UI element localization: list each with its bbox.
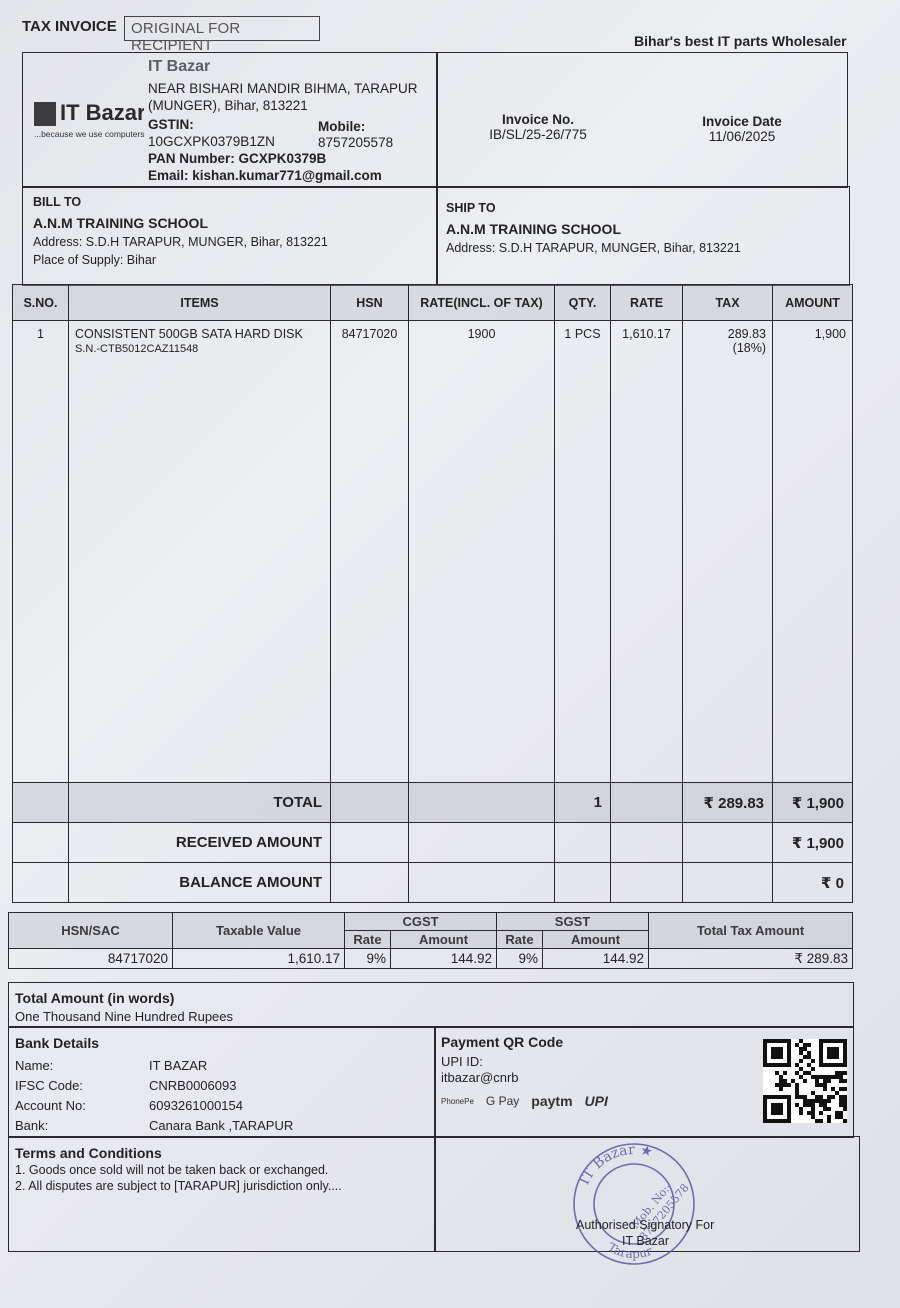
item-serial: S.N.-CTB5012CAZ11548 [75, 343, 324, 355]
seller-tagline: Bihar's best IT parts Wholesaler [634, 33, 847, 49]
cell-rate: 1,610.17 [611, 321, 683, 783]
tax-percent: (18%) [689, 341, 766, 355]
bank-value: Canara Bank ,TARAPUR [149, 1118, 293, 1133]
bank-key: Account No: [15, 1098, 149, 1113]
hsn-sac-header: HSN/SAC [9, 913, 173, 949]
tax-value: 289.83 [689, 327, 766, 341]
payment-block: Payment QR Code UPI ID: itbazar@cnrb Pho… [434, 1026, 854, 1138]
balance-row: BALANCE AMOUNT ₹ 0 [13, 863, 853, 903]
total-tax-header: Total Tax Amount [649, 913, 853, 949]
logo-text: IT Bazar [60, 100, 144, 126]
bank-key: IFSC Code: [15, 1078, 149, 1093]
total-amount: ₹ 1,900 [773, 783, 853, 823]
item-name: CONSISTENT 500GB SATA HARD DISK [75, 327, 324, 341]
bank-row-ifsc: IFSC Code: CNRB0006093 [15, 1075, 429, 1095]
total-tax-amount: ₹ 289.83 [649, 949, 853, 969]
sgst-amount: 144.92 [543, 949, 649, 969]
cgst-rate: 9% [345, 949, 391, 969]
balance-label: BALANCE AMOUNT [69, 863, 331, 903]
ship-to-name: A.N.M TRAINING SCHOOL [446, 221, 840, 237]
bank-key: Bank: [15, 1118, 149, 1133]
col-qty: QTY. [555, 285, 611, 321]
taxable-value-header: Taxable Value [173, 913, 345, 949]
sgst-header: SGST [497, 913, 649, 931]
received-amount: ₹ 1,900 [773, 823, 853, 863]
invoice-number: Invoice No. IB/SL/25-26/775 [468, 112, 608, 142]
col-rate: RATE [611, 285, 683, 321]
invoice-number-label: Invoice No. [468, 112, 608, 127]
invoice-number-value: IB/SL/25-26/775 [468, 127, 608, 142]
gstin-label: GSTIN: [148, 117, 194, 132]
bank-details-block: Bank Details Name: IT BAZAR IFSC Code: C… [8, 1026, 436, 1138]
sgst-rate: 9% [497, 949, 543, 969]
mobile-value: 8757205578 [318, 135, 393, 150]
copy-label-badge: ORIGINAL FOR RECIPIENT [124, 16, 320, 41]
seller-name: IT Bazar [148, 58, 210, 76]
balance-amount: ₹ 0 [773, 863, 853, 903]
cell-sno: 1 [13, 321, 69, 783]
total-label: TOTAL [69, 783, 331, 823]
qr-code-icon[interactable] [763, 1039, 847, 1123]
col-hsn: HSN [331, 285, 409, 321]
document-type-title: TAX INVOICE [22, 18, 117, 35]
cgst-amount: 144.92 [391, 949, 497, 969]
taxable-value: 1,610.17 [173, 949, 345, 969]
received-label: RECEIVED AMOUNT [69, 823, 331, 863]
ship-to-label: SHIP TO [446, 201, 840, 215]
cell-tax: 289.83 (18%) [683, 321, 773, 783]
logo-square-icon [34, 102, 56, 126]
term-line: 2. All disputes are subject to [TARAPUR]… [15, 1179, 429, 1193]
place-of-supply: Place of Supply: Bihar [33, 253, 427, 267]
bill-to-name: A.N.M TRAINING SCHOOL [33, 215, 427, 231]
invoice-date-label: Invoice Date [672, 114, 812, 129]
bank-value: CNRB0006093 [149, 1078, 236, 1093]
bank-row-bank: Bank: Canara Bank ,TARAPUR [15, 1115, 429, 1135]
authorised-signatory-label: Authorised Signatory For [576, 1218, 714, 1232]
upi-icon: UPI [585, 1093, 608, 1109]
logo-tagline: ...because we use computers [34, 129, 144, 139]
cell-hsn: 84717020 [331, 321, 409, 783]
cgst-amount-header: Amount [391, 931, 497, 949]
bill-to-block: BILL TO A.N.M TRAINING SCHOOL Address: S… [22, 186, 438, 286]
paytm-icon: paytm [531, 1093, 572, 1109]
received-row: RECEIVED AMOUNT ₹ 1,900 [13, 823, 853, 863]
bank-value: 6093261000154 [149, 1098, 243, 1113]
ship-to-address: Address: S.D.H TARAPUR, MUNGER, Bihar, 8… [446, 241, 840, 255]
seller-address-line1: NEAR BISHARI MANDIR BIHMA, TARAPUR [148, 81, 418, 96]
ship-to-block: SHIP TO A.N.M TRAINING SCHOOL Address: S… [436, 186, 850, 286]
sgst-rate-header: Rate [497, 931, 543, 949]
term-line: 1. Goods once sold will not be taken bac… [15, 1163, 429, 1177]
invoice-date: Invoice Date 11/06/2025 [672, 114, 812, 144]
col-rate-incl-tax: RATE(INCL. OF TAX) [409, 285, 555, 321]
seller-address-line2: (MUNGER), Bihar, 813221 [148, 98, 308, 113]
items-table: S.NO. ITEMS HSN RATE(INCL. OF TAX) QTY. … [12, 284, 853, 903]
cell-rate-incl-tax: 1900 [409, 321, 555, 783]
total-tax: ₹ 289.83 [683, 783, 773, 823]
items-header-row: S.NO. ITEMS HSN RATE(INCL. OF TAX) QTY. … [13, 285, 853, 321]
signatory-company: IT Bazar [622, 1234, 669, 1248]
bill-to-label: BILL TO [33, 195, 427, 209]
terms-title: Terms and Conditions [15, 1145, 429, 1161]
cell-qty: 1 PCS [555, 321, 611, 783]
col-amount: AMOUNT [773, 285, 853, 321]
bank-row-name: Name: IT BAZAR [15, 1055, 429, 1075]
table-row: 1 CONSISTENT 500GB SATA HARD DISK S.N.-C… [13, 321, 853, 783]
bank-row-account: Account No: 6093261000154 [15, 1095, 429, 1115]
gpay-icon: G Pay [486, 1094, 519, 1108]
hsn-code: 84717020 [9, 949, 173, 969]
amount-in-words-block: Total Amount (in words) One Thousand Nin… [8, 982, 854, 1028]
hsn-summary-table: HSN/SAC Taxable Value CGST SGST Total Ta… [8, 912, 853, 969]
pan-number: PAN Number: GCXPK0379B [148, 151, 326, 166]
col-tax: TAX [683, 285, 773, 321]
bank-key: Name: [15, 1058, 149, 1073]
total-row: TOTAL 1 ₹ 289.83 ₹ 1,900 [13, 783, 853, 823]
mobile-label: Mobile: [318, 119, 365, 134]
amount-in-words-label: Total Amount (in words) [15, 990, 847, 1006]
phonepe-icon: PhonePe [441, 1097, 474, 1106]
col-sno: S.NO. [13, 285, 69, 321]
gstin-value: 10GCXPK0379B1ZN [148, 134, 275, 149]
cgst-rate-header: Rate [345, 931, 391, 949]
seller-logo: IT Bazar ...because we use computers [34, 100, 144, 142]
cell-amount: 1,900 [773, 321, 853, 783]
cgst-header: CGST [345, 913, 497, 931]
terms-block: Terms and Conditions 1. Goods once sold … [8, 1136, 436, 1252]
bank-value: IT BAZAR [149, 1058, 207, 1073]
table-row: 84717020 1,610.17 9% 144.92 9% 144.92 ₹ … [9, 949, 853, 969]
bank-details-title: Bank Details [15, 1035, 429, 1051]
total-qty: 1 [555, 783, 611, 823]
invoice-date-value: 11/06/2025 [672, 129, 812, 144]
sgst-amount-header: Amount [543, 931, 649, 949]
bill-to-address: Address: S.D.H TARAPUR, MUNGER, Bihar, 8… [33, 235, 427, 249]
col-items: ITEMS [69, 285, 331, 321]
amount-in-words-value: One Thousand Nine Hundred Rupees [15, 1009, 847, 1024]
cell-item: CONSISTENT 500GB SATA HARD DISK S.N.-CTB… [69, 321, 331, 783]
seller-email: Email: kishan.kumar771@gmail.com [148, 168, 382, 183]
